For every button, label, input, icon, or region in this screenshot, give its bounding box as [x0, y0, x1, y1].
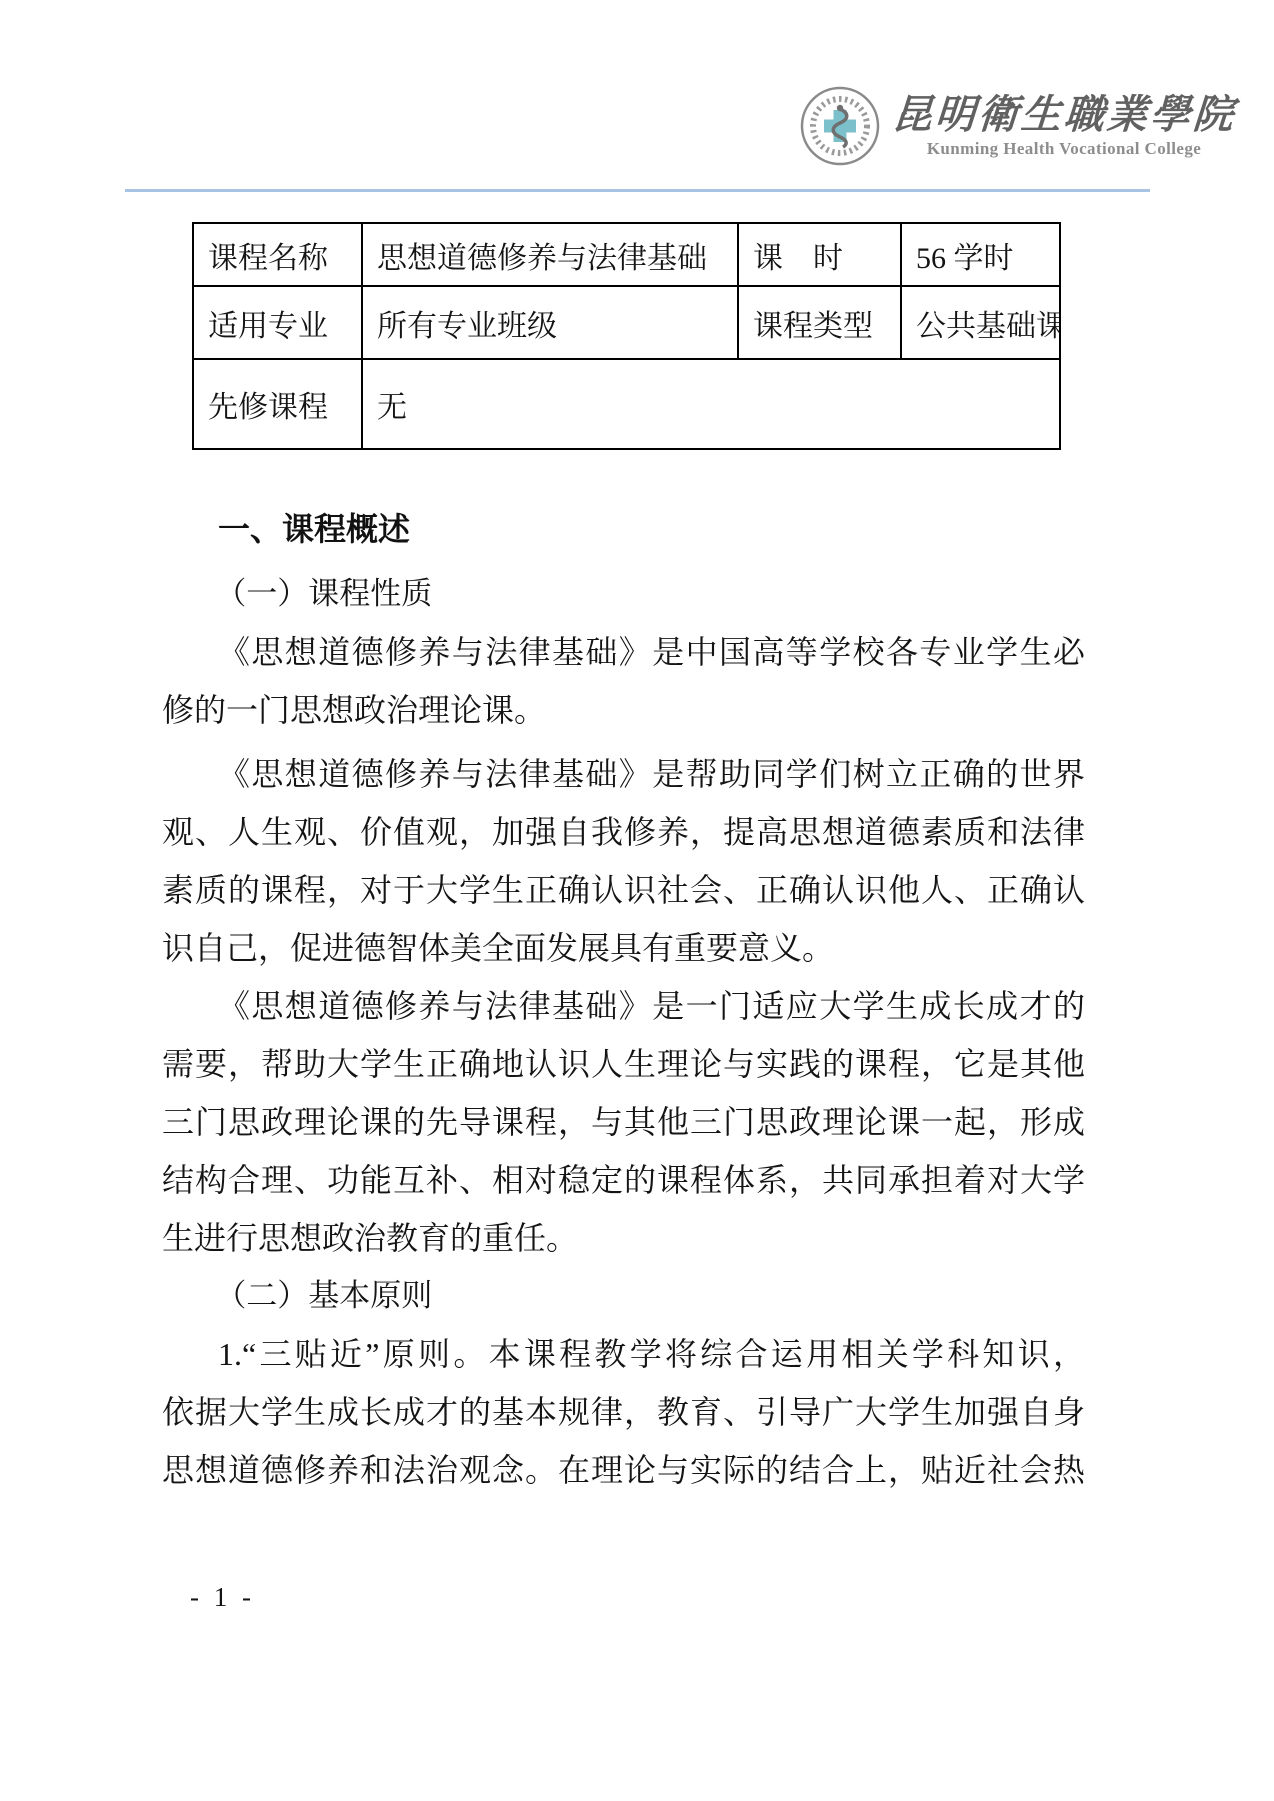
course-type-value: 公共基础课程	[901, 286, 1060, 359]
text-line: 《思想道德修养与法律基础》是一门适应大学生成长成才的	[162, 977, 1085, 1035]
hours-label: 课 时	[738, 223, 901, 286]
section-title: 一、课程概述	[162, 500, 1085, 558]
text-line: 1.“三贴近”原则。本课程教学将综合运用相关学科知识，	[162, 1325, 1085, 1383]
course-name-label: 课程名称	[193, 223, 362, 286]
text-line: 《思想道德修养与法律基础》是中国高等学校各专业学生必	[162, 623, 1085, 681]
course-name-value: 思想道德修养与法律基础	[362, 223, 738, 286]
text-line: 思想道德修养和法治观念。在理论与实际的结合上，贴近社会热	[162, 1441, 1085, 1499]
text-line: 素质的课程，对于大学生正确认识社会、正确认识他人、正确认	[162, 861, 1085, 919]
subsection-title: （二）基本原则	[162, 1267, 1085, 1325]
text-line: 三门思政理论课的先导课程，与其他三门思政理论课一起，形成	[162, 1093, 1085, 1151]
header-divider	[125, 189, 1150, 192]
page-number: - 1 -	[190, 1582, 255, 1613]
text-line: 修的一门思想政治理论课。	[162, 681, 1085, 739]
prerequisites-value: 无	[362, 359, 1060, 449]
paragraph: 《思想道德修养与法律基础》是一门适应大学生成长成才的 需要，帮助大学生正确地认识…	[162, 977, 1085, 1267]
college-logo: 昆明衛生職業學院 Kunming Health Vocational Colle…	[800, 86, 1236, 166]
table-row: 先修课程 无	[193, 359, 1060, 449]
text-line: 生进行思想政治教育的重任。	[162, 1209, 1085, 1267]
course-info-table: 课程名称 思想道德修养与法律基础 课 时 56 学时 适用专业 所有专业班级 课…	[192, 222, 1061, 450]
course-type-label: 课程类型	[738, 286, 901, 359]
text-line: 需要，帮助大学生正确地认识人生理论与实践的课程，它是其他	[162, 1035, 1085, 1093]
majors-label: 适用专业	[193, 286, 362, 359]
hours-value: 56 学时	[901, 223, 1060, 286]
college-name-block: 昆明衛生職業學院 Kunming Health Vocational Colle…	[892, 93, 1236, 159]
college-emblem-icon	[800, 86, 880, 166]
table-row: 适用专业 所有专业班级 课程类型 公共基础课程	[193, 286, 1060, 359]
subsection-title: （一）课程性质	[162, 565, 1085, 623]
document-body: 一、课程概述 （一）课程性质 《思想道德修养与法律基础》是中国高等学校各专业学生…	[162, 500, 1085, 1499]
table-row: 课程名称 思想道德修养与法律基础 课 时 56 学时	[193, 223, 1060, 286]
text-line: 识自己，促进德智体美全面发展具有重要意义。	[162, 919, 1085, 977]
paragraph: 《思想道德修养与法律基础》是帮助同学们树立正确的世界 观、人生观、价值观，加强自…	[162, 745, 1085, 977]
paragraph: 1.“三贴近”原则。本课程教学将综合运用相关学科知识， 依据大学生成长成才的基本…	[162, 1325, 1085, 1499]
text-line: 观、人生观、价值观，加强自我修养，提高思想道德素质和法律	[162, 803, 1085, 861]
college-name-calligraphy: 昆明衛生職業學院	[890, 93, 1237, 137]
document-page: 昆明衛生職業學院 Kunming Health Vocational Colle…	[0, 0, 1274, 1801]
college-name-english: Kunming Health Vocational College	[927, 139, 1201, 159]
text-line: 《思想道德修养与法律基础》是帮助同学们树立正确的世界	[162, 745, 1085, 803]
prerequisites-label: 先修课程	[193, 359, 362, 449]
text-line: 依据大学生成长成才的基本规律，教育、引导广大学生加强自身	[162, 1383, 1085, 1441]
paragraph: 《思想道德修养与法律基础》是中国高等学校各专业学生必 修的一门思想政治理论课。	[162, 623, 1085, 739]
text-line: 结构合理、功能互补、相对稳定的课程体系，共同承担着对大学	[162, 1151, 1085, 1209]
majors-value: 所有专业班级	[362, 286, 738, 359]
